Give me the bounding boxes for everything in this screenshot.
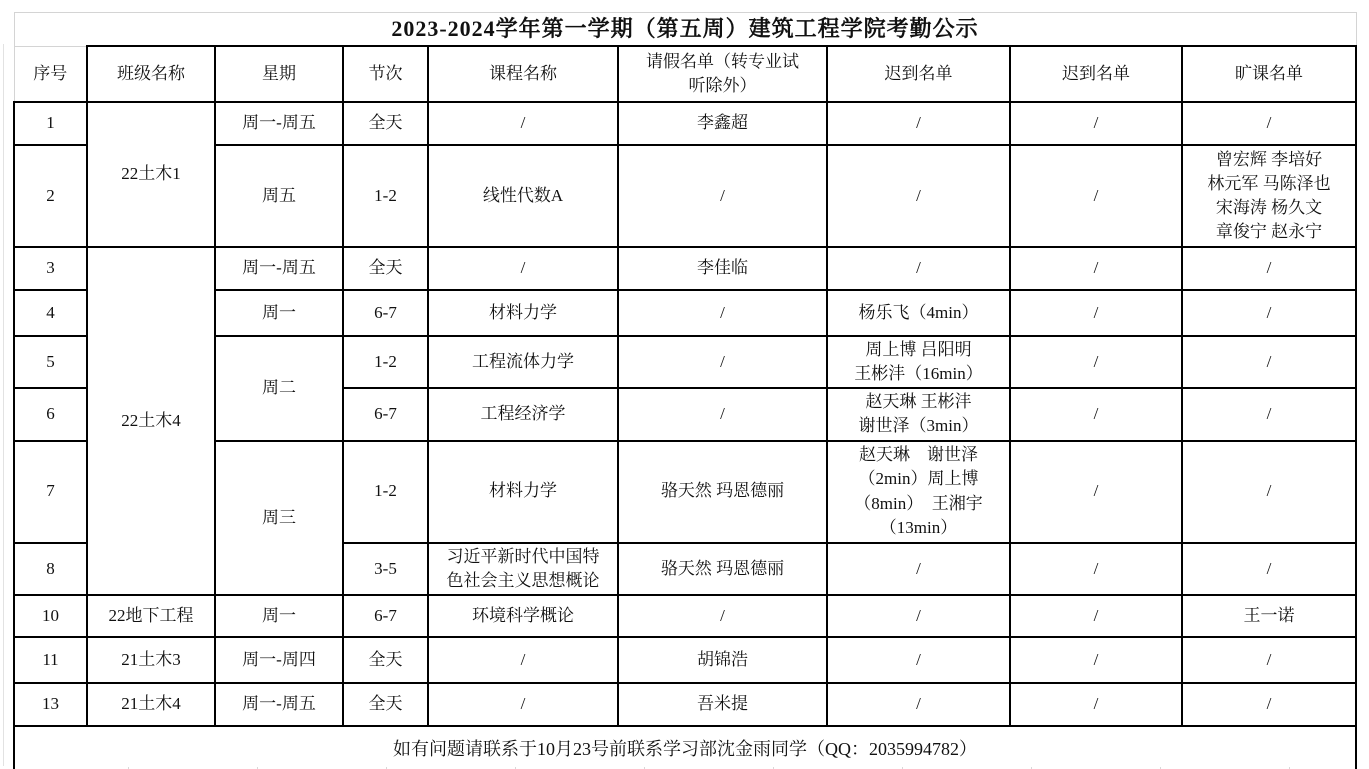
cell-absent: / [1182,683,1356,726]
cell-late-2: / [1010,336,1182,388]
cell-late-2: / [1010,388,1182,440]
cell-index: 2 [14,145,87,247]
cell-absent: / [1182,637,1356,683]
cell-period: 全天 [343,637,428,683]
col-header-leave: 请假名单（转专业试 听除外） [618,46,827,102]
cell-course: / [428,102,618,145]
cell-course: 工程经济学 [428,388,618,440]
cell-weekday: 周一 [215,595,343,637]
cell-late-1: / [827,102,1010,145]
cell-late-2: / [1010,543,1182,595]
col-header-weekday: 星期 [215,46,343,102]
cell-leave: 骆天然 玛恩德丽 [618,543,827,595]
table-row: 10 22地下工程 周一 6-7 环境科学概论 / / / 王一诺 [14,595,1356,637]
cell-course: / [428,247,618,290]
header-row: 序号 班级名称 星期 节次 课程名称 请假名单（转专业试 听除外） 迟到名单 迟… [14,46,1356,102]
cell-period: 全天 [343,247,428,290]
cell-late-2: / [1010,102,1182,145]
cell-weekday: 周一-周四 [215,637,343,683]
table-row: 4 周一 6-7 材料力学 / 杨乐飞（4min） / / [14,290,1356,336]
cell-late-1: / [827,543,1010,595]
table-row: 1 22土木1 周一-周五 全天 / 李鑫超 / / / [14,102,1356,145]
cell-weekday: 周一-周五 [215,102,343,145]
cell-index: 3 [14,247,87,290]
cell-period: 6-7 [343,595,428,637]
cell-period: 1-2 [343,145,428,247]
cell-leave: 骆天然 玛恩德丽 [618,441,827,543]
cell-course: / [428,637,618,683]
cell-index: 8 [14,543,87,595]
cell-late-1: 杨乐飞（4min） [827,290,1010,336]
table-row: 11 21土木3 周一-周四 全天 / 胡锦浩 / / / [14,637,1356,683]
cell-index: 5 [14,336,87,388]
cell-period: 全天 [343,102,428,145]
cell-absent: / [1182,290,1356,336]
cell-class: 21土木3 [87,637,215,683]
table-row: 2 周五 1-2 线性代数A / / / 曾宏辉 李培好 林元军 马陈泽也 宋海… [14,145,1356,247]
cell-course: / [428,683,618,726]
table-row: 5 周二 1-2 工程流体力学 / 周上博 吕阳明 王彬沣（16min） / / [14,336,1356,388]
cell-class: 22土木1 [87,102,215,247]
col-header-class: 班级名称 [87,46,215,102]
cell-late-2: / [1010,595,1182,637]
cell-leave: / [618,595,827,637]
cell-course: 线性代数A [428,145,618,247]
cell-index: 13 [14,683,87,726]
cell-period: 6-7 [343,290,428,336]
cell-period: 1-2 [343,441,428,543]
cell-class: 21土木4 [87,683,215,726]
cell-absent: / [1182,543,1356,595]
cell-late-1: / [827,247,1010,290]
cell-leave: 胡锦浩 [618,637,827,683]
contact-note: 如有问题请联系于10月23号前联系学习部沈金雨同学（QQ：2035994782） [14,726,1356,769]
cell-late-2: / [1010,290,1182,336]
cell-weekday: 周五 [215,145,343,247]
col-header-period: 节次 [343,46,428,102]
cell-absent: / [1182,247,1356,290]
cell-index: 4 [14,290,87,336]
cell-period: 1-2 [343,336,428,388]
cell-late-1: 赵天琳 谢世泽 （2min）周上博 （8min） 王湘宇 （13min） [827,441,1010,543]
cell-late-2: / [1010,247,1182,290]
cell-course: 习近平新时代中国特 色社会主义思想概论 [428,543,618,595]
cell-period: 6-7 [343,388,428,440]
cell-late-1: / [827,595,1010,637]
footer-row: 如有问题请联系于10月23号前联系学习部沈金雨同学（QQ：2035994782） [14,726,1356,769]
cell-late-2: / [1010,145,1182,247]
cell-late-1: / [827,683,1010,726]
page-title: 2023-2024学年第一学期（第五周）建筑工程学院考勤公示 [14,13,1356,47]
cell-leave: / [618,145,827,247]
cell-course: 环境科学概论 [428,595,618,637]
cell-absent: 曾宏辉 李培好 林元军 马陈泽也 宋海涛 杨久文 章俊宁 赵永宁 [1182,145,1356,247]
cell-weekday: 周三 [215,441,343,595]
cell-late-2: / [1010,683,1182,726]
cell-weekday: 周一-周五 [215,683,343,726]
cell-leave: / [618,290,827,336]
cell-late-1: / [827,145,1010,247]
cell-weekday: 周一 [215,290,343,336]
cell-course: 材料力学 [428,290,618,336]
cell-late-2: / [1010,637,1182,683]
col-header-course: 课程名称 [428,46,618,102]
cell-absent: / [1182,336,1356,388]
cell-leave: 李佳临 [618,247,827,290]
cell-period: 全天 [343,683,428,726]
cell-period: 3-5 [343,543,428,595]
cell-absent: 王一诺 [1182,595,1356,637]
cell-leave: 吾米提 [618,683,827,726]
col-header-late-1: 迟到名单 [827,46,1010,102]
cell-late-1: 赵天琳 王彬沣 谢世泽（3min） [827,388,1010,440]
cell-class: 22地下工程 [87,595,215,637]
table-row: 3 22土木4 周一-周五 全天 / 李佳临 / / / [14,247,1356,290]
cell-index: 7 [14,441,87,543]
title-row: 2023-2024学年第一学期（第五周）建筑工程学院考勤公示 [14,13,1356,47]
cell-weekday: 周二 [215,336,343,441]
cell-absent: / [1182,388,1356,440]
cell-index: 11 [14,637,87,683]
table-row: 7 周三 1-2 材料力学 骆天然 玛恩德丽 赵天琳 谢世泽 （2min）周上博… [14,441,1356,543]
cell-absent: / [1182,102,1356,145]
cell-leave: 李鑫超 [618,102,827,145]
table-row: 13 21土木4 周一-周五 全天 / 吾米提 / / / [14,683,1356,726]
cell-course: 材料力学 [428,441,618,543]
cell-late-1: / [827,637,1010,683]
cell-leave: / [618,336,827,388]
cell-index: 1 [14,102,87,145]
spreadsheet-gridline [3,44,4,766]
cell-class: 22土木4 [87,247,215,595]
cell-index: 10 [14,595,87,637]
cell-index: 6 [14,388,87,440]
col-header-late-2: 迟到名单 [1010,46,1182,102]
cell-late-1: 周上博 吕阳明 王彬沣（16min） [827,336,1010,388]
attendance-table: 2023-2024学年第一学期（第五周）建筑工程学院考勤公示 序号 班级名称 星… [13,12,1357,769]
col-header-index: 序号 [14,46,87,102]
col-header-absent: 旷课名单 [1182,46,1356,102]
cell-leave: / [618,388,827,440]
cell-absent: / [1182,441,1356,543]
cell-late-2: / [1010,441,1182,543]
cell-course: 工程流体力学 [428,336,618,388]
cell-weekday: 周一-周五 [215,247,343,290]
